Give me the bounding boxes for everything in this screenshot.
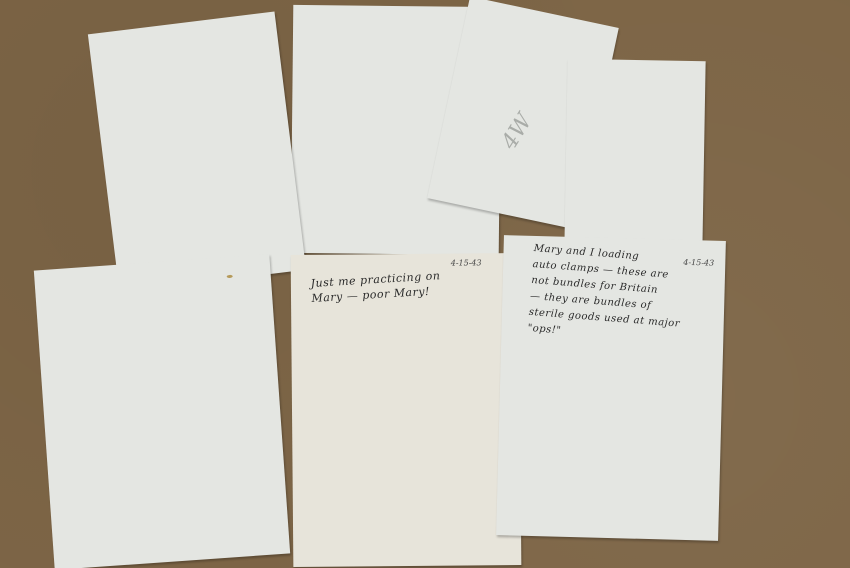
pencil-mark: 4W — [497, 110, 538, 154]
handwritten-caption: Mary and I loading auto clamps — these a… — [527, 241, 724, 352]
sheet-bottom-center: 4-15-43 Just me practicing on Mary — poo… — [291, 253, 522, 567]
sheet-bottom-right: 4-15-43 Mary and I loading auto clamps —… — [496, 235, 726, 541]
stain-mark — [227, 275, 233, 278]
sheet-top-left — [88, 12, 306, 293]
sheet-top-far-right — [564, 59, 705, 251]
handwritten-caption: Just me practicing on Mary — poor Mary! — [310, 264, 511, 306]
sheet-bottom-left — [34, 254, 290, 568]
